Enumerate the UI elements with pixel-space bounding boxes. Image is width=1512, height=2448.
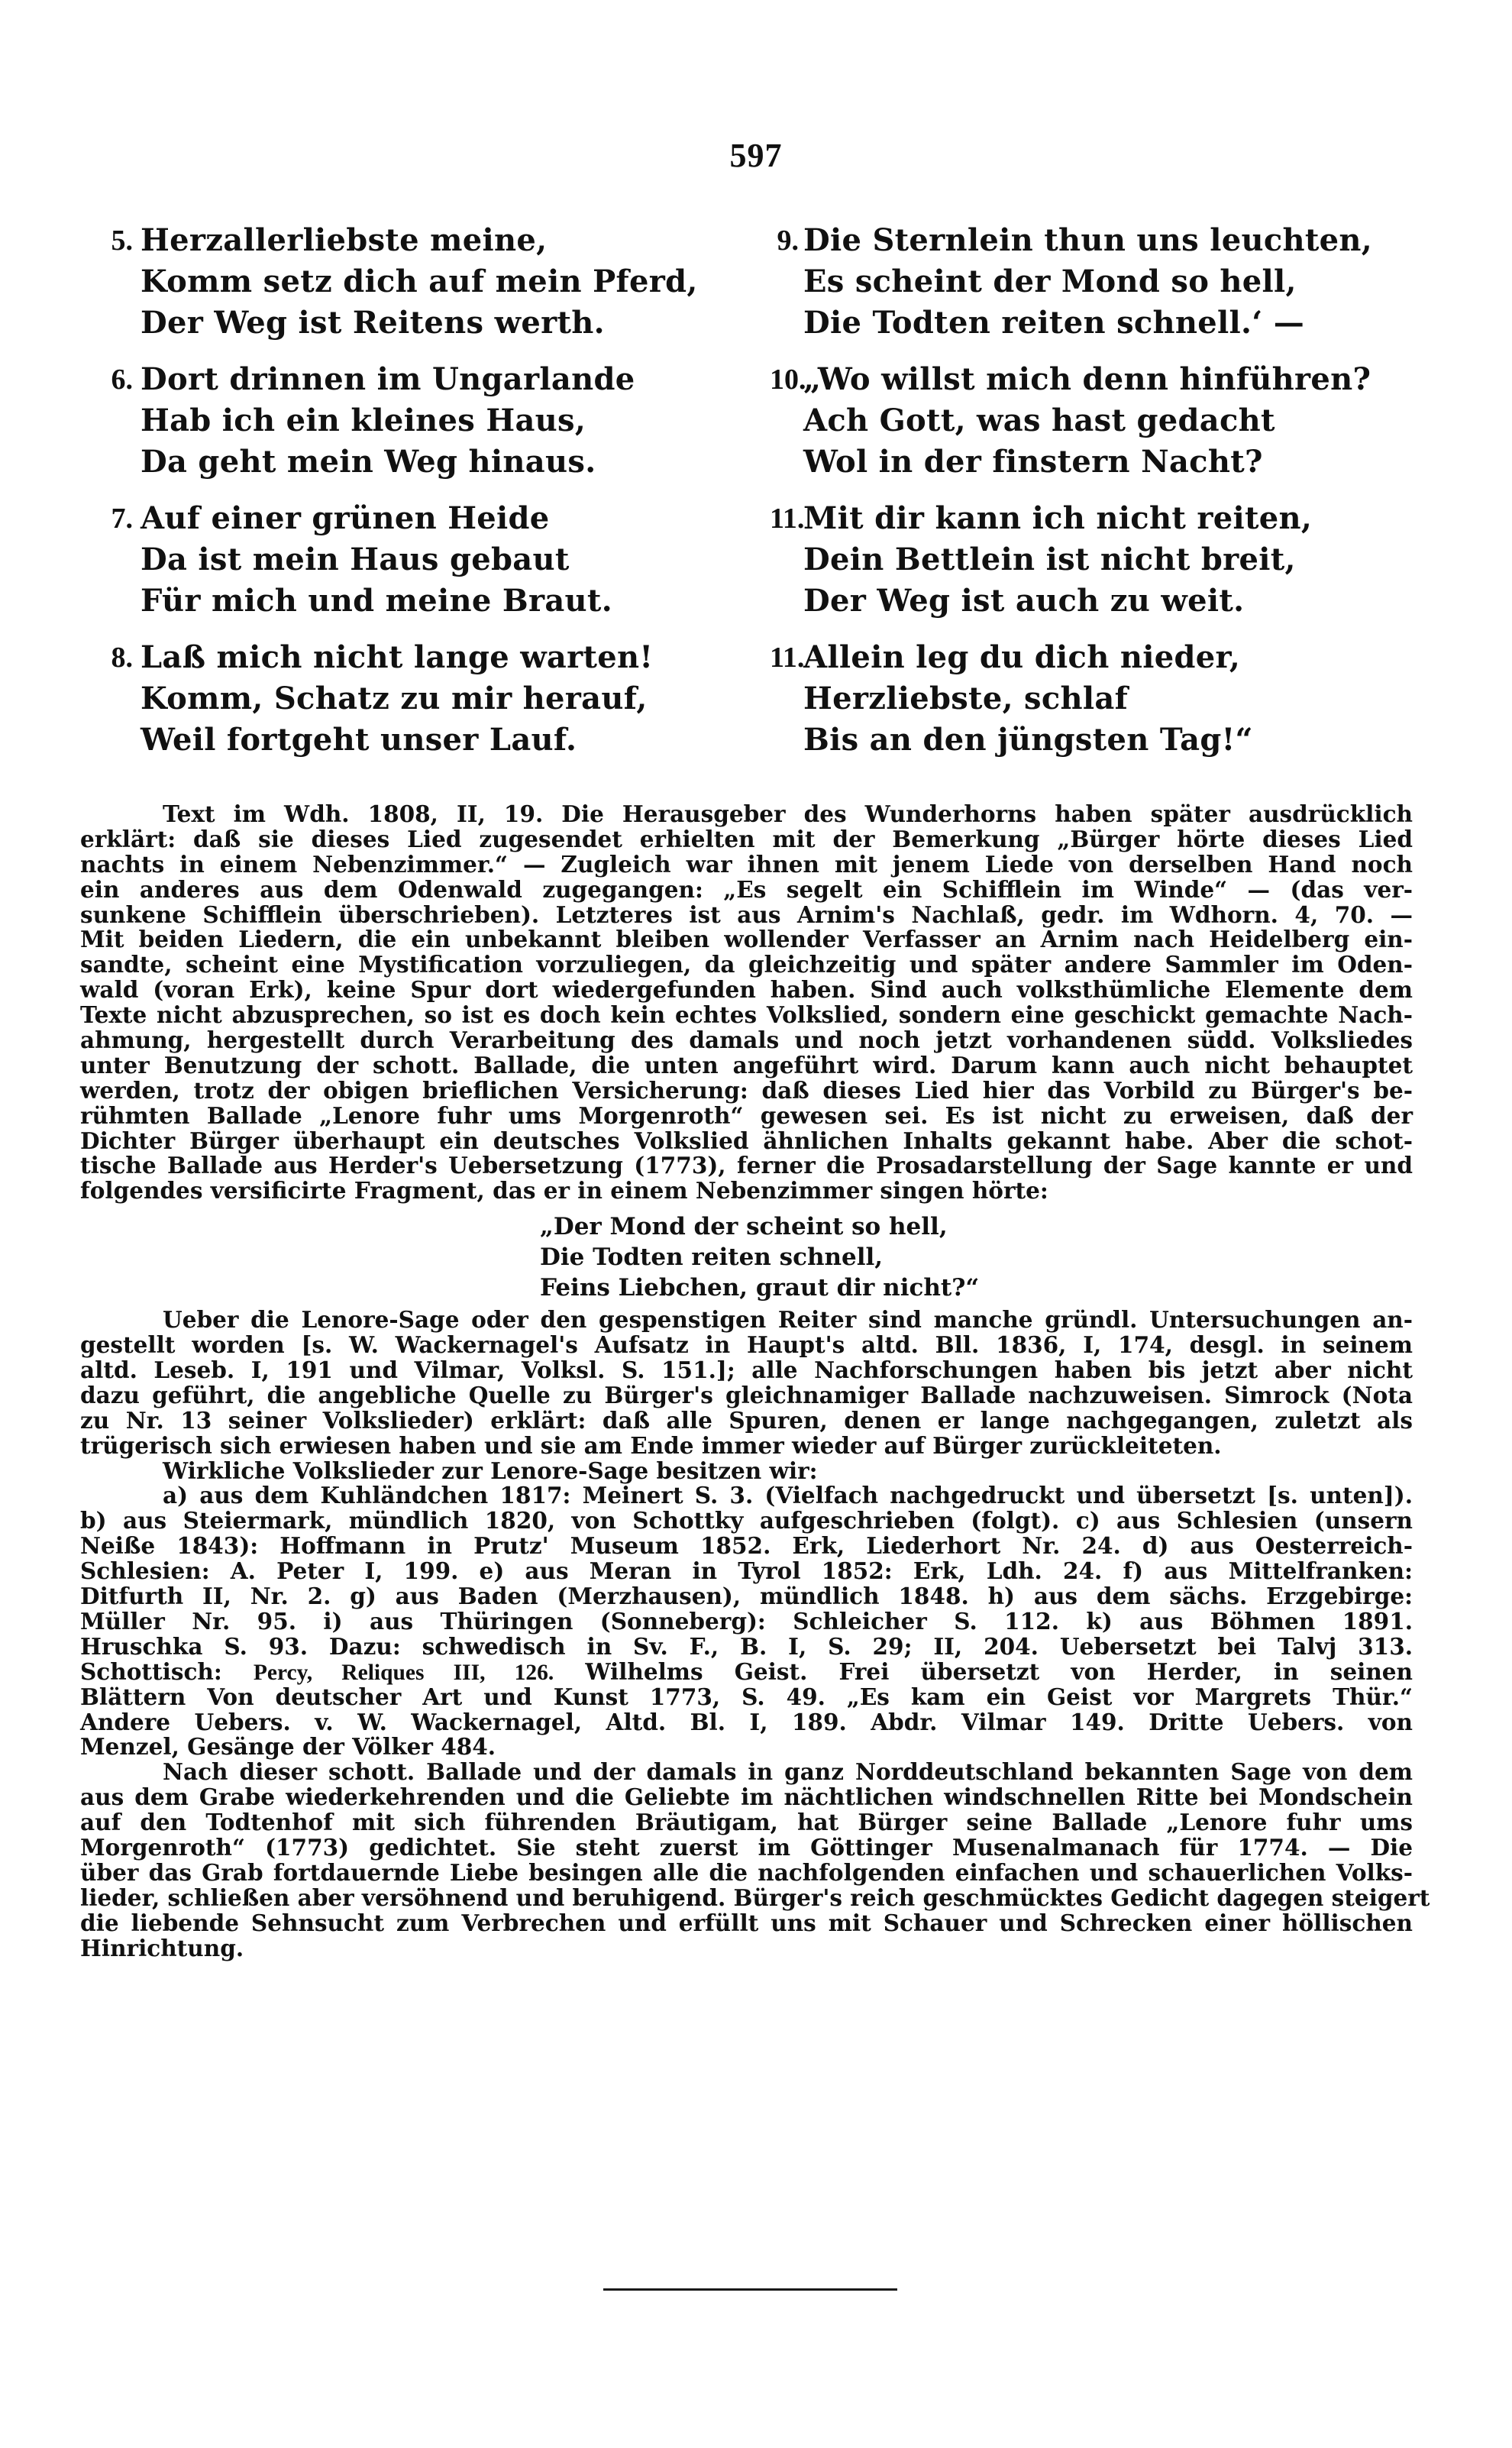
verse-line: Dein Bettlein ist nicht breit,	[803, 539, 1372, 580]
text-line: Schlesien: A. Peter I, 199. e) aus Meran…	[80, 1559, 1413, 1584]
verse-line: Hab ich ein kleines Haus,	[141, 400, 698, 441]
stanza-number: 9.	[770, 220, 799, 261]
stanza-number: 5.	[98, 220, 133, 261]
commentary-paragraph-1: Text im Wdh. 1808, II, 19. Die Herausgeb…	[80, 802, 1413, 1204]
verse-line: Für mich und meine Braut.	[141, 580, 698, 622]
text-line: a) aus dem Kuhländchen 1817: Meinert S. …	[80, 1483, 1413, 1509]
stanza: 10.„Wo willst mich denn hinführen?Ach Go…	[770, 359, 1372, 483]
verse-line: Der Weg ist auch zu weit.	[803, 580, 1372, 622]
text-line: werden, trotz der obigen brieflichen Ver…	[80, 1078, 1413, 1104]
text-line: sunkene Schifflein überschrieben). Letzt…	[80, 903, 1413, 928]
text-line: Ditfurth II, Nr. 2. g) aus Baden (Merzha…	[80, 1584, 1413, 1609]
text-line: gestellt worden [s. W. Wackernagel's Auf…	[80, 1333, 1413, 1358]
verse-line: Ach Gott, was hast gedacht	[803, 400, 1372, 441]
text-line: Mit beiden Liedern, die ein unbekannt bl…	[80, 927, 1413, 952]
commentary-paragraph-2: Ueber die Lenore-Sage oder den gespensti…	[80, 1308, 1413, 1458]
text-line: über das Grab fortdauernde Liebe besinge…	[80, 1861, 1413, 1886]
verse-column-left: 5.Herzallerliebste meine,Komm setz dich …	[98, 220, 698, 776]
text-line: Neiße 1843): Hoffmann in Prutz' Museum 1…	[80, 1534, 1413, 1559]
commentary-paragraph-3: Wirkliche Volkslieder zur Lenore-Sage be…	[80, 1459, 1413, 1484]
verse-line: Es scheint der Mond so hell,	[803, 261, 1372, 302]
stanza: 9.Die Sternlein thun uns leuchten,Es sch…	[770, 220, 1372, 344]
verse-line: Allein leg du dich nieder,	[803, 637, 1372, 678]
stanza: 5.Herzallerliebste meine,Komm setz dich …	[98, 220, 698, 344]
page-number: 597	[0, 136, 1512, 175]
text-line: nachts in einem Nebenzimmer.“ — Zugleich…	[80, 852, 1413, 878]
text-line: Blättern Von deutscher Art und Kunst 177…	[80, 1685, 1413, 1710]
text-line: Menzel, Gesänge der Völker 484.	[80, 1735, 1413, 1760]
text-line: „Der Mond der scheint so hell,	[540, 1211, 1413, 1242]
text-line: ahmung, hergestellt durch Verarbeitung d…	[80, 1028, 1413, 1053]
verse-line: Auf einer grünen Heide	[141, 498, 698, 539]
text-line: zu Nr. 13 seiner Volkslieder) erklärt: d…	[80, 1408, 1413, 1434]
text-line: Hruschka S. 93. Dazu: schwedisch in Sv. …	[80, 1635, 1413, 1660]
text-line: Feins Liebchen, graut dir nicht?“	[540, 1273, 1413, 1303]
stanza: 11.Mit dir kann ich nicht reiten,Dein Be…	[770, 498, 1372, 622]
source-list: a) aus dem Kuhländchen 1817: Meinert S. …	[80, 1483, 1413, 1760]
verse-line: Der Weg ist Reitens werth.	[141, 302, 698, 344]
verse-line: Da ist mein Haus gebaut	[141, 539, 698, 580]
stanza-number: 8.	[98, 637, 133, 678]
text-line: erklärt: daß sie dieses Lied zugesendet …	[80, 827, 1413, 852]
verse-line: Komm, Schatz zu mir herauf,	[141, 678, 698, 720]
text-line: Müller Nr. 95. i) aus Thüringen (Sonnebe…	[80, 1609, 1413, 1635]
text-line: Dichter Bürger überhaupt ein deutsches V…	[80, 1129, 1413, 1154]
commentary-paragraph-5: Nach dieser schott. Ballade und der dama…	[80, 1760, 1413, 1961]
text-line: die liebende Sehnsucht zum Verbrechen un…	[80, 1911, 1413, 1936]
text-line: Die Todten reiten schnell,	[540, 1242, 1413, 1273]
text-line: Text im Wdh. 1808, II, 19. Die Herausgeb…	[80, 802, 1413, 827]
stanza-number: 6.	[98, 359, 133, 400]
verse-line: „Wo willst mich denn hinführen?	[803, 359, 1372, 400]
text-line: Wirkliche Volkslieder zur Lenore-Sage be…	[80, 1459, 1413, 1484]
quoted-fragment: „Der Mond der scheint so hell,Die Todten…	[540, 1211, 1413, 1303]
text-line: dazu geführt, die angebliche Quelle zu B…	[80, 1383, 1413, 1408]
verse-line: Herzallerliebste meine,	[141, 220, 698, 261]
stanza-number: 11.	[770, 498, 799, 539]
stanza-number: 7.	[98, 498, 133, 539]
text-line: Morgenroth“ (1773) gedichtet. Sie steht …	[80, 1835, 1413, 1861]
text-line: lieder, schließen aber versöhnend und be…	[80, 1886, 1413, 1911]
stanza: 8.Laß mich nicht lange warten!Komm, Scha…	[98, 637, 698, 761]
text-line: tische Ballade aus Herder's Uebersetzung…	[80, 1153, 1413, 1179]
verse-line: Da geht mein Weg hinaus.	[141, 441, 698, 483]
text-line: trügerisch sich erwiesen haben und sie a…	[80, 1434, 1413, 1459]
text-line: b) aus Steiermark, mündlich 1820, von Sc…	[80, 1509, 1413, 1534]
stanza: 11.Allein leg du dich nieder,Herzliebste…	[770, 637, 1372, 761]
verse-line: Die Sternlein thun uns leuchten,	[803, 220, 1372, 261]
verse-line: Dort drinnen im Ungarlande	[141, 359, 698, 400]
verse-line: Herzliebste, schlaf	[803, 678, 1372, 720]
stanza-number: 10.	[770, 359, 799, 400]
text-line: wald (voran Erk), keine Spur dort wieder…	[80, 978, 1413, 1003]
verse-line: Komm setz dich auf mein Pferd,	[141, 261, 698, 302]
text-line: unter Benutzung der schott. Ballade, die…	[80, 1053, 1413, 1078]
text-line: folgendes versificirte Fragment, das er …	[80, 1179, 1413, 1204]
text-line: Texte nicht abzusprechen, so ist es doch…	[80, 1003, 1413, 1028]
verse-column-right: 9.Die Sternlein thun uns leuchten,Es sch…	[770, 220, 1372, 776]
section-separator-rule	[603, 2288, 897, 2291]
text-line: Andere Uebers. v. W. Wackernagel, Altd. …	[80, 1710, 1413, 1735]
text-line: aus dem Grabe wiederkehrenden und die Ge…	[80, 1785, 1413, 1810]
verse-line: Mit dir kann ich nicht reiten,	[803, 498, 1372, 539]
verse-line: Laß mich nicht lange warten!	[141, 637, 698, 678]
text-line: Hinrichtung.	[80, 1936, 1413, 1961]
text-line: rühmten Ballade „Lenore fuhr ums Morgenr…	[80, 1104, 1413, 1129]
text-line: auf den Todtenhof mit sich führenden Brä…	[80, 1810, 1413, 1835]
text-line: ein anderes aus dem Odenwald zugegangen:…	[80, 878, 1413, 903]
verse-line: Weil fortgeht unser Lauf.	[141, 720, 698, 761]
stanza: 6.Dort drinnen im UngarlandeHab ich ein …	[98, 359, 698, 483]
text-line: altd. Leseb. I, 191 und Vilmar, Volksl. …	[80, 1358, 1413, 1383]
text-line: Nach dieser schott. Ballade und der dama…	[80, 1760, 1413, 1785]
stanza: 7.Auf einer grünen HeideDa ist mein Haus…	[98, 498, 698, 622]
verse-line: Wol in der finstern Nacht?	[803, 441, 1372, 483]
stanza-number: 11.	[770, 637, 799, 678]
text-line: Ueber die Lenore-Sage oder den gespensti…	[80, 1308, 1413, 1333]
verse-line: Bis an den jüngsten Tag!“	[803, 720, 1372, 761]
text-line: sandte, scheint eine Mystification vorzu…	[80, 952, 1413, 978]
verse-line: Die Todten reiten schnell.‘ —	[803, 302, 1372, 344]
commentary: Text im Wdh. 1808, II, 19. Die Herausgeb…	[80, 802, 1413, 1961]
text-line: Schottisch: Percy, Reliques III, 126. Wi…	[80, 1660, 1413, 1685]
